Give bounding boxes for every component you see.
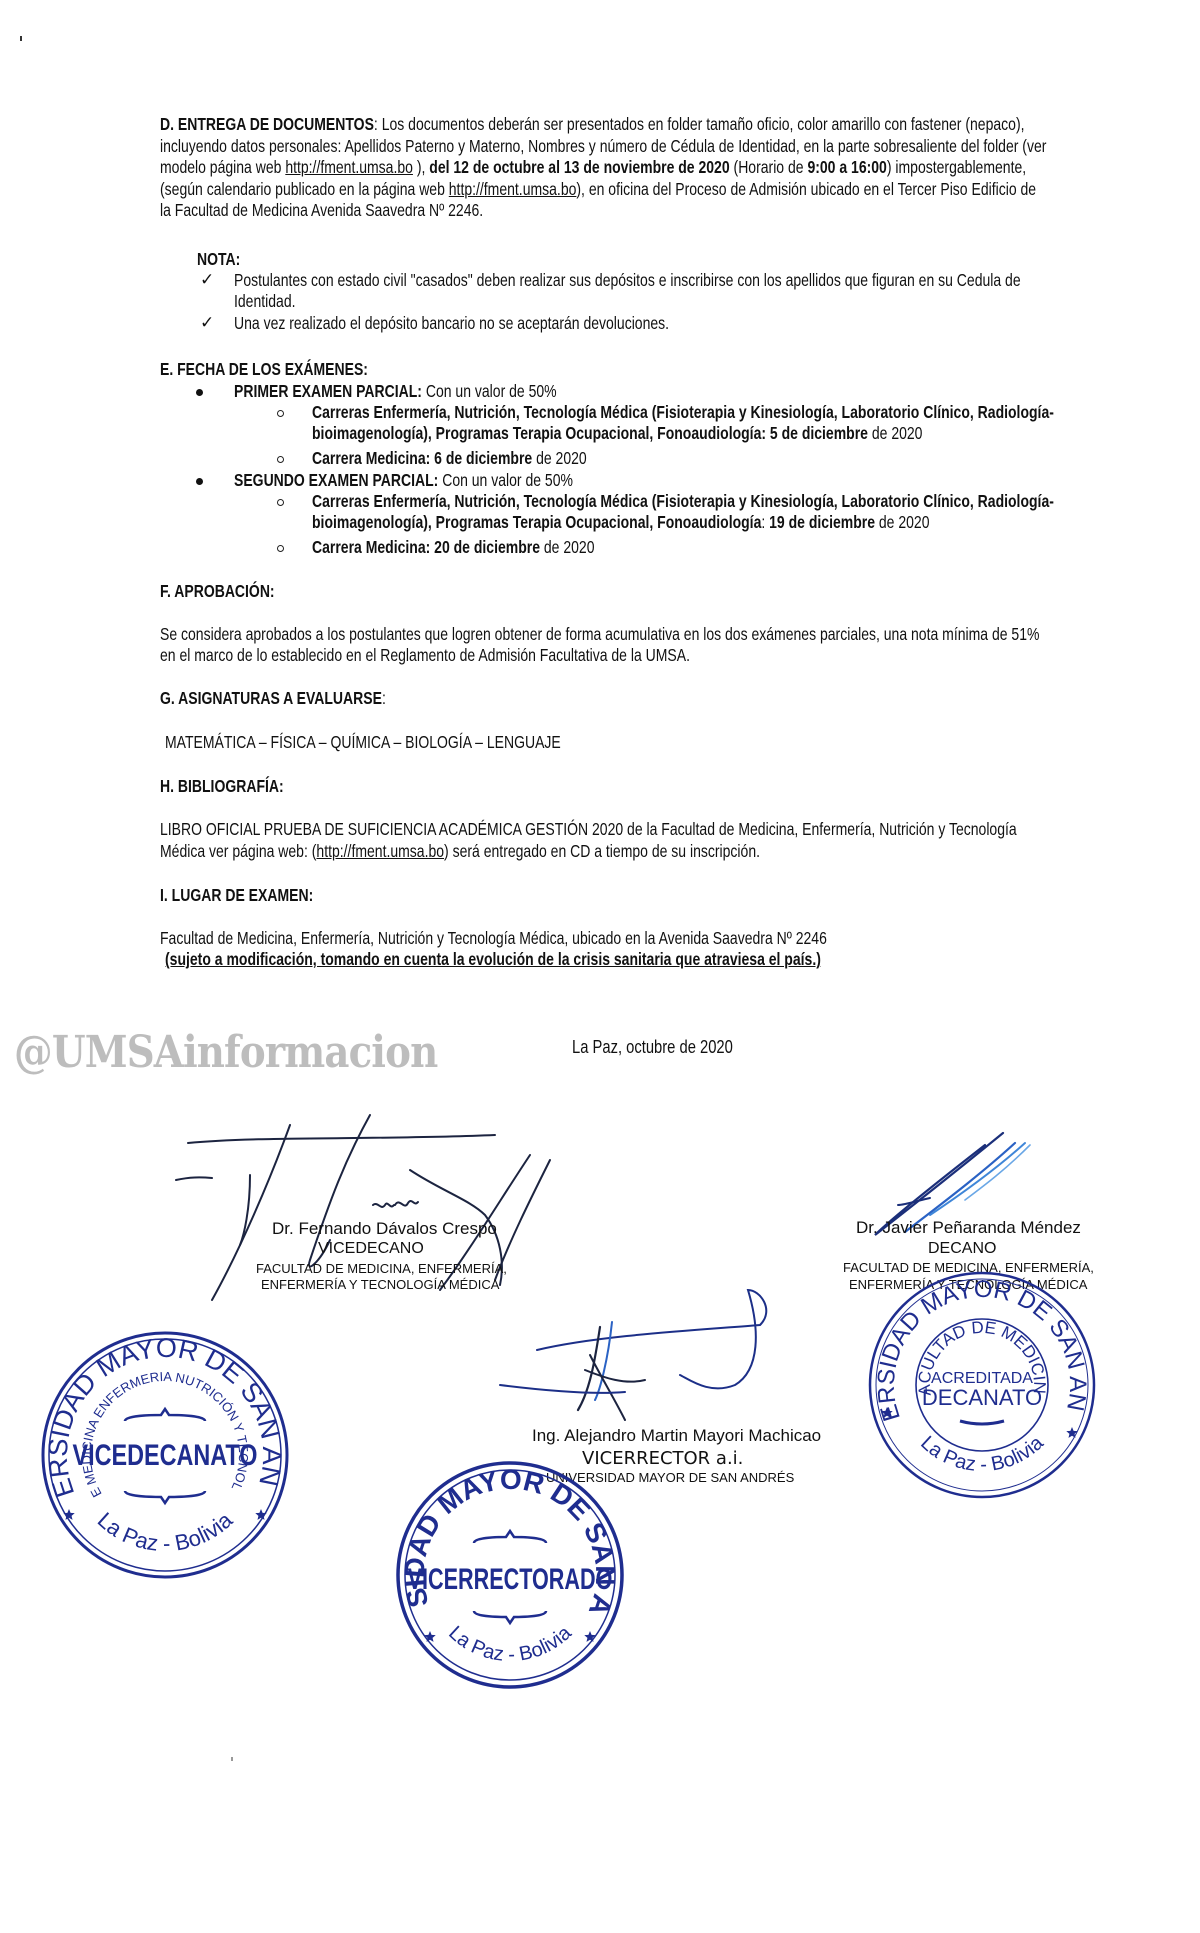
bullet-icon <box>196 389 203 396</box>
entrega-text-line: (según calendario publicado en la página… <box>160 179 1036 200</box>
svg-text:La Paz - Bolivia: La Paz - Bolivia <box>93 1507 238 1556</box>
nota-item-line: Identidad. <box>234 291 296 312</box>
exam-detail-line: Carreras Enfermería, Nutrición, Tecnolog… <box>312 491 1054 512</box>
nota-item-line: Una vez realizado el depósito bancario n… <box>234 313 669 334</box>
svg-text:DECANATO: DECANATO <box>922 1385 1042 1410</box>
entrega-text-line: D. ENTREGA DE DOCUMENTOS: Los documentos… <box>160 114 1025 135</box>
circle-bullet-icon <box>277 456 284 463</box>
svg-text:VICEDECANATO: VICEDECANATO <box>73 1438 258 1471</box>
circle-bullet-icon <box>277 545 284 552</box>
exam-detail-line: bioimagenología), Programas Terapia Ocup… <box>312 423 922 444</box>
checkmark-icon: ✓ <box>200 313 214 333</box>
exam-detail-line: bioimagenología), Programas Terapia Ocup… <box>312 512 929 533</box>
entrega-text-line: la Facultad de Medicina Avenida Saavedra… <box>160 200 483 221</box>
exam-detail-line: Carrera Medicina: 20 de diciembre de 202… <box>312 537 594 558</box>
vicedecanato-stamp: UNIVERSIDAD MAYOR DE SAN ANDRESFACULTAD … <box>35 1325 295 1585</box>
decanato-stamp: UNIVERSIDAD MAYOR DE SAN ANDRESFACULTAD … <box>862 1265 1102 1505</box>
checkmark-icon: ✓ <box>200 270 214 290</box>
entrega-text-line: incluyendo datos personales: Apellidos P… <box>160 136 1046 157</box>
vicerrectorado-stamp: UNIVERSIDAD MAYOR DE SAN ANDRESLa Paz - … <box>390 1455 630 1695</box>
fment-link[interactable]: http://fment.umsa.bo <box>316 841 444 861</box>
entrega-text-line: modelo página web http://fment.umsa.bo )… <box>160 157 1026 178</box>
scan-mark <box>231 1757 233 1761</box>
bullet-icon <box>196 478 203 485</box>
exam-title: SEGUNDO EXAMEN PARCIAL: Con un valor de … <box>234 470 573 491</box>
circle-bullet-icon <box>277 410 284 417</box>
svg-text:VICERRECTORADO: VICERRECTORADO <box>408 1561 613 1595</box>
exam-title: PRIMER EXAMEN PARCIAL: Con un valor de 5… <box>234 381 557 402</box>
bibliography-line: LIBRO OFICIAL PRUEBA DE SUFICIENCIA ACAD… <box>160 819 1017 840</box>
bibliography-line: Médica ver página web: (http://fment.ums… <box>160 841 760 862</box>
exam-detail-line: Carreras Enfermería, Nutrición, Tecnolog… <box>312 402 1054 423</box>
exam-detail-line: Carrera Medicina: 6 de diciembre de 2020 <box>312 448 587 469</box>
nota-item-line: Postulantes con estado civil "casados" d… <box>234 270 1021 291</box>
svg-text:La Paz - Bolivia: La Paz - Bolivia <box>916 1431 1048 1476</box>
fment-link[interactable]: http://fment.umsa.bo <box>285 157 413 177</box>
fment-link[interactable]: http://fment.umsa.bo <box>449 179 577 199</box>
circle-bullet-icon <box>277 499 284 506</box>
svg-text:La Paz - Bolivia: La Paz - Bolivia <box>444 1621 576 1666</box>
vicerrector-name: Ing. Alejandro Martin Mayori Machicao <box>532 1426 821 1446</box>
